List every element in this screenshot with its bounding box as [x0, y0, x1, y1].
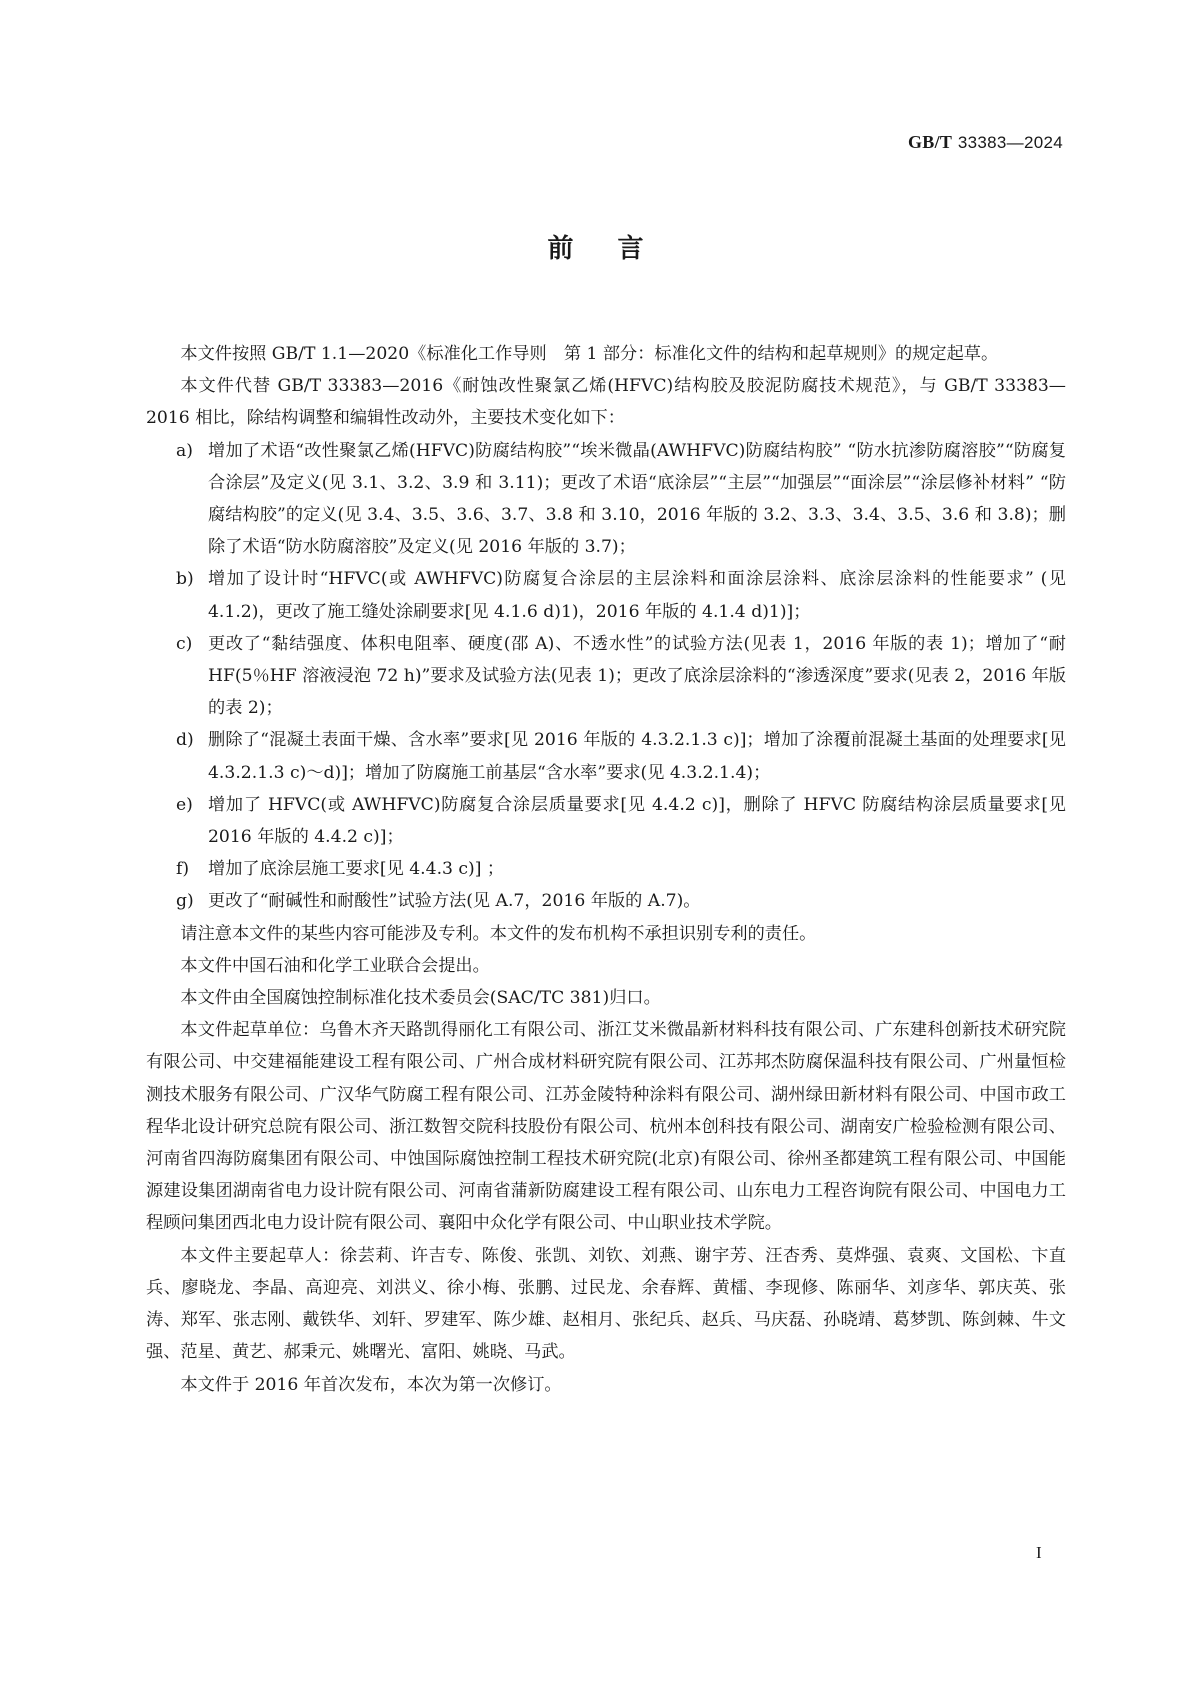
list-marker: d): [176, 724, 194, 756]
list-item-text: 增加了 HFVC(或 AWHFVC)防腐复合涂层质量要求[见 4.4.2 c)]…: [208, 795, 1066, 847]
list-item-text: 更改了“黏结强度、体积电阻率、硬度(邵 A)、不透水性”的试验方法(见表 1，2…: [208, 634, 1066, 718]
paragraph-drafting-basis: 本文件按照 GB/T 1.1—2020《标准化工作导则 第 1 部分：标准化文件…: [146, 338, 1066, 370]
proposer-statement: 本文件中国石油和化学工业联合会提出。: [146, 950, 1066, 982]
drafting-units: 本文件起草单位：乌鲁木齐天路凯得丽化工有限公司、浙江艾米微晶新材料科技有限公司、…: [146, 1014, 1066, 1239]
list-item-text: 更改了“耐碱性和耐酸性”试验方法(见 A.7，2016 年版的 A.7)。: [208, 891, 701, 911]
list-item-text: 增加了设计时“HFVC(或 AWHFVC)防腐复合涂层的主层涂料和面涂层涂料、底…: [208, 569, 1066, 621]
patent-notice: 请注意本文件的某些内容可能涉及专利。本文件的发布机构不承担识别专利的责任。: [146, 918, 1066, 950]
list-item: d) 删除了“混凝土表面干燥、含水率”要求[见 2016 年版的 4.3.2.1…: [146, 724, 1066, 788]
list-item: b) 增加了设计时“HFVC(或 AWHFVC)防腐复合涂层的主层涂料和面涂层涂…: [146, 563, 1066, 627]
paragraph-replacement: 本文件代替 GB/T 33383—2016《耐蚀改性聚氯乙烯(HFVC)结构胶及…: [146, 370, 1066, 434]
changes-list: a) 增加了术语“改性聚氯乙烯(HFVC)防腐结构胶”“埃米微晶(AWHFVC)…: [146, 435, 1066, 918]
list-marker: f): [176, 853, 189, 885]
standard-number: 33383—2024: [958, 133, 1063, 152]
standard-code: GB/T 33383—2024: [908, 132, 1063, 153]
page-title: 前言: [0, 228, 1191, 265]
standard-prefix: GB/T: [908, 132, 952, 152]
list-item: e) 增加了 HFVC(或 AWHFVC)防腐复合涂层质量要求[见 4.4.2 …: [146, 789, 1066, 853]
publication-history: 本文件于 2016 年首次发布，本次为第一次修订。: [146, 1369, 1066, 1401]
list-marker: b): [176, 563, 194, 595]
technical-committee-statement: 本文件由全国腐蚀控制标准化技术委员会(SAC/TC 381)归口。: [146, 982, 1066, 1014]
list-item: c) 更改了“黏结强度、体积电阻率、硬度(邵 A)、不透水性”的试验方法(见表 …: [146, 628, 1066, 725]
list-item: f) 增加了底涂层施工要求[见 4.4.3 c)] ；: [146, 853, 1066, 885]
list-item: a) 增加了术语“改性聚氯乙烯(HFVC)防腐结构胶”“埃米微晶(AWHFVC)…: [146, 435, 1066, 564]
list-marker: c): [176, 628, 192, 660]
list-item-text: 增加了底涂层施工要求[见 4.4.3 c)] ；: [208, 859, 504, 879]
list-item-text: 增加了术语“改性聚氯乙烯(HFVC)防腐结构胶”“埃米微晶(AWHFVC)防腐结…: [208, 441, 1066, 558]
list-marker: g): [176, 885, 194, 917]
list-marker: a): [176, 435, 193, 467]
drafters: 本文件主要起草人：徐芸莉、许吉专、陈俊、张凯、刘钦、刘燕、谢宇芳、汪杏秀、莫烨强…: [146, 1240, 1066, 1369]
list-marker: e): [176, 789, 193, 821]
page-number: I: [1036, 1543, 1042, 1563]
list-item-text: 删除了“混凝土表面干燥、含水率”要求[见 2016 年版的 4.3.2.1.3 …: [208, 730, 1066, 782]
list-item: g) 更改了“耐碱性和耐酸性”试验方法(见 A.7，2016 年版的 A.7)。: [146, 885, 1066, 917]
foreword-body: 本文件按照 GB/T 1.1—2020《标准化工作导则 第 1 部分：标准化文件…: [146, 338, 1066, 1401]
